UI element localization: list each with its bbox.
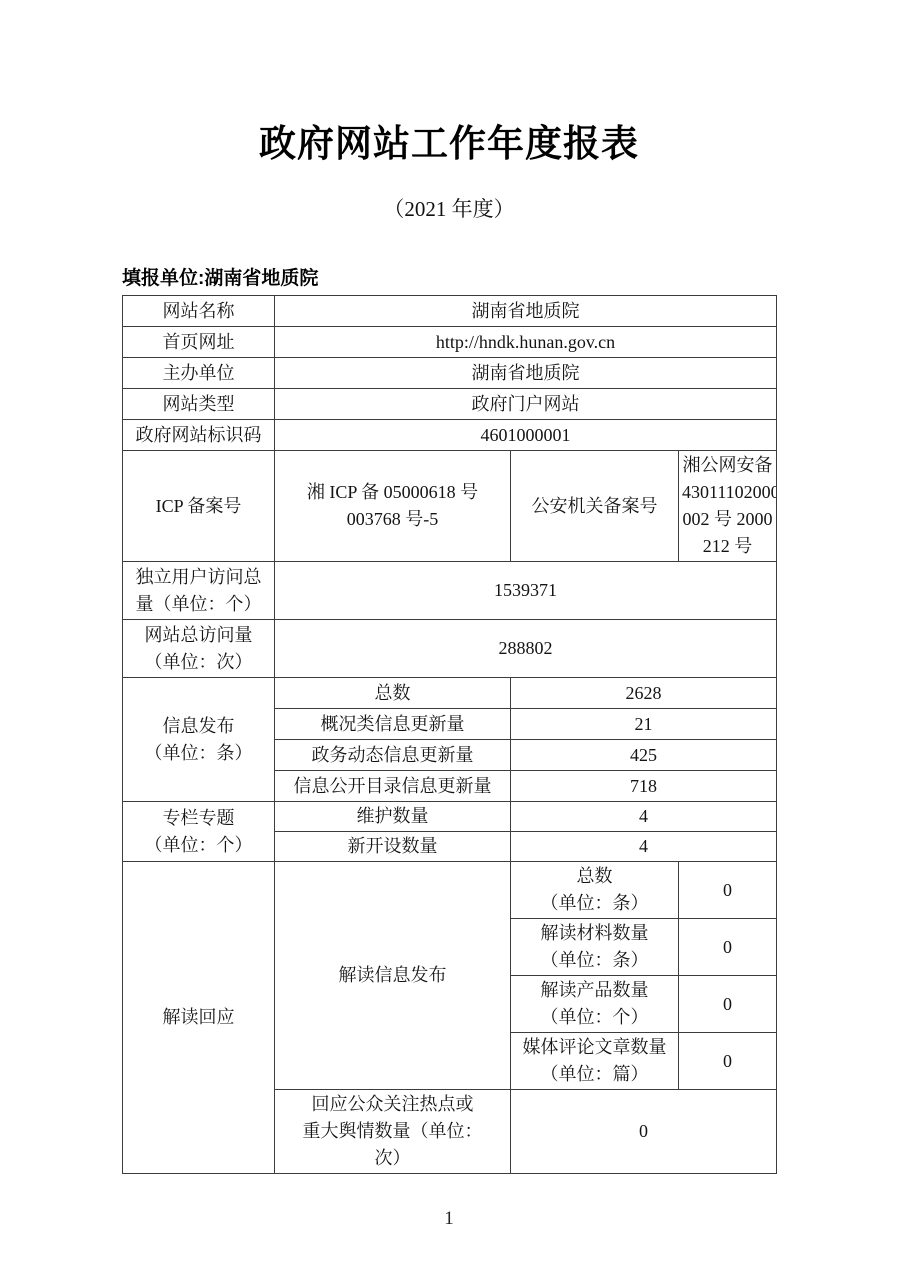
interp-total-label: 总数 （单位：条） — [511, 862, 679, 919]
disclosure-update-label: 信息公开目录信息更新量 — [275, 771, 511, 802]
total-visits-value: 288802 — [275, 620, 777, 678]
total-visits-label: 网站总访问量 （单位：次） — [123, 620, 275, 678]
overview-update-value: 21 — [511, 709, 777, 740]
report-document: 政府网站工作年度报表 （2021 年度） 填报单位:湖南省地质院 网站名称 湖南… — [122, 0, 776, 1230]
new-columns-value: 4 — [511, 832, 777, 862]
site-name-value: 湖南省地质院 — [275, 296, 777, 327]
hotspot-response-value: 0 — [511, 1090, 777, 1174]
maintained-count-label: 维护数量 — [275, 802, 511, 832]
page-number: 1 — [122, 1208, 776, 1230]
table-row: 独立用户访问总 量（单位：个） 1539371 — [123, 562, 777, 620]
icp-number-value: 湘 ICP 备 05000618 号 003768 号-5 — [275, 451, 511, 562]
police-record-value: 湘公网安备 43011102000 002 号 2000 212 号 — [679, 451, 777, 562]
table-row: 网站类型 政府门户网站 — [123, 389, 777, 420]
info-total-value: 2628 — [511, 678, 777, 709]
site-name-label: 网站名称 — [123, 296, 275, 327]
gov-news-update-value: 425 — [511, 740, 777, 771]
hotspot-response-label: 回应公众关注热点或 重大舆情数量（单位： 次） — [275, 1090, 511, 1174]
gov-news-update-label: 政务动态信息更新量 — [275, 740, 511, 771]
unique-visitors-value: 1539371 — [275, 562, 777, 620]
table-row: 主办单位 湖南省地质院 — [123, 358, 777, 389]
police-record-label: 公安机关备案号 — [511, 451, 679, 562]
site-code-value: 4601000001 — [275, 420, 777, 451]
site-type-value: 政府门户网站 — [275, 389, 777, 420]
table-row: 政府网站标识码 4601000001 — [123, 420, 777, 451]
table-row: ICP 备案号 湘 ICP 备 05000618 号 003768 号-5 公安… — [123, 451, 777, 562]
site-type-label: 网站类型 — [123, 389, 275, 420]
table-row: 专栏专题 （单位：个） 维护数量 4 — [123, 802, 777, 832]
table-row: 首页网址 http://hndk.hunan.gov.cn — [123, 327, 777, 358]
media-comments-value: 0 — [679, 1033, 777, 1090]
homepage-url-value: http://hndk.hunan.gov.cn — [275, 327, 777, 358]
interpretation-publish-label: 解读信息发布 — [275, 862, 511, 1090]
interp-total-value: 0 — [679, 862, 777, 919]
homepage-url-label: 首页网址 — [123, 327, 275, 358]
organizer-value: 湖南省地质院 — [275, 358, 777, 389]
info-publish-group-label: 信息发布 （单位：条） — [123, 678, 275, 802]
media-comments-label: 媒体评论文章数量 （单位：篇） — [511, 1033, 679, 1090]
icp-number-label: ICP 备案号 — [123, 451, 275, 562]
special-columns-group-label: 专栏专题 （单位：个） — [123, 802, 275, 862]
page-title: 政府网站工作年度报表 — [122, 0, 776, 168]
site-code-label: 政府网站标识码 — [123, 420, 275, 451]
table-row: 网站总访问量 （单位：次） 288802 — [123, 620, 777, 678]
maintained-count-value: 4 — [511, 802, 777, 832]
disclosure-update-value: 718 — [511, 771, 777, 802]
report-year-subtitle: （2021 年度） — [122, 196, 776, 223]
table-row: 信息发布 （单位：条） 总数 2628 — [123, 678, 777, 709]
filler-unit-label: 填报单位:湖南省地质院 — [122, 263, 776, 290]
interpretation-group-label: 解读回应 — [123, 862, 275, 1174]
new-columns-label: 新开设数量 — [275, 832, 511, 862]
interp-products-label: 解读产品数量 （单位：个） — [511, 976, 679, 1033]
interp-products-value: 0 — [679, 976, 777, 1033]
table-row: 解读回应 解读信息发布 总数 （单位：条） 0 — [123, 862, 777, 919]
table-row: 网站名称 湖南省地质院 — [123, 296, 777, 327]
unique-visitors-label: 独立用户访问总 量（单位：个） — [123, 562, 275, 620]
organizer-label: 主办单位 — [123, 358, 275, 389]
overview-update-label: 概况类信息更新量 — [275, 709, 511, 740]
annual-report-table: 网站名称 湖南省地质院 首页网址 http://hndk.hunan.gov.c… — [122, 295, 777, 1174]
info-total-label: 总数 — [275, 678, 511, 709]
interp-materials-label: 解读材料数量 （单位：条） — [511, 919, 679, 976]
interp-materials-value: 0 — [679, 919, 777, 976]
